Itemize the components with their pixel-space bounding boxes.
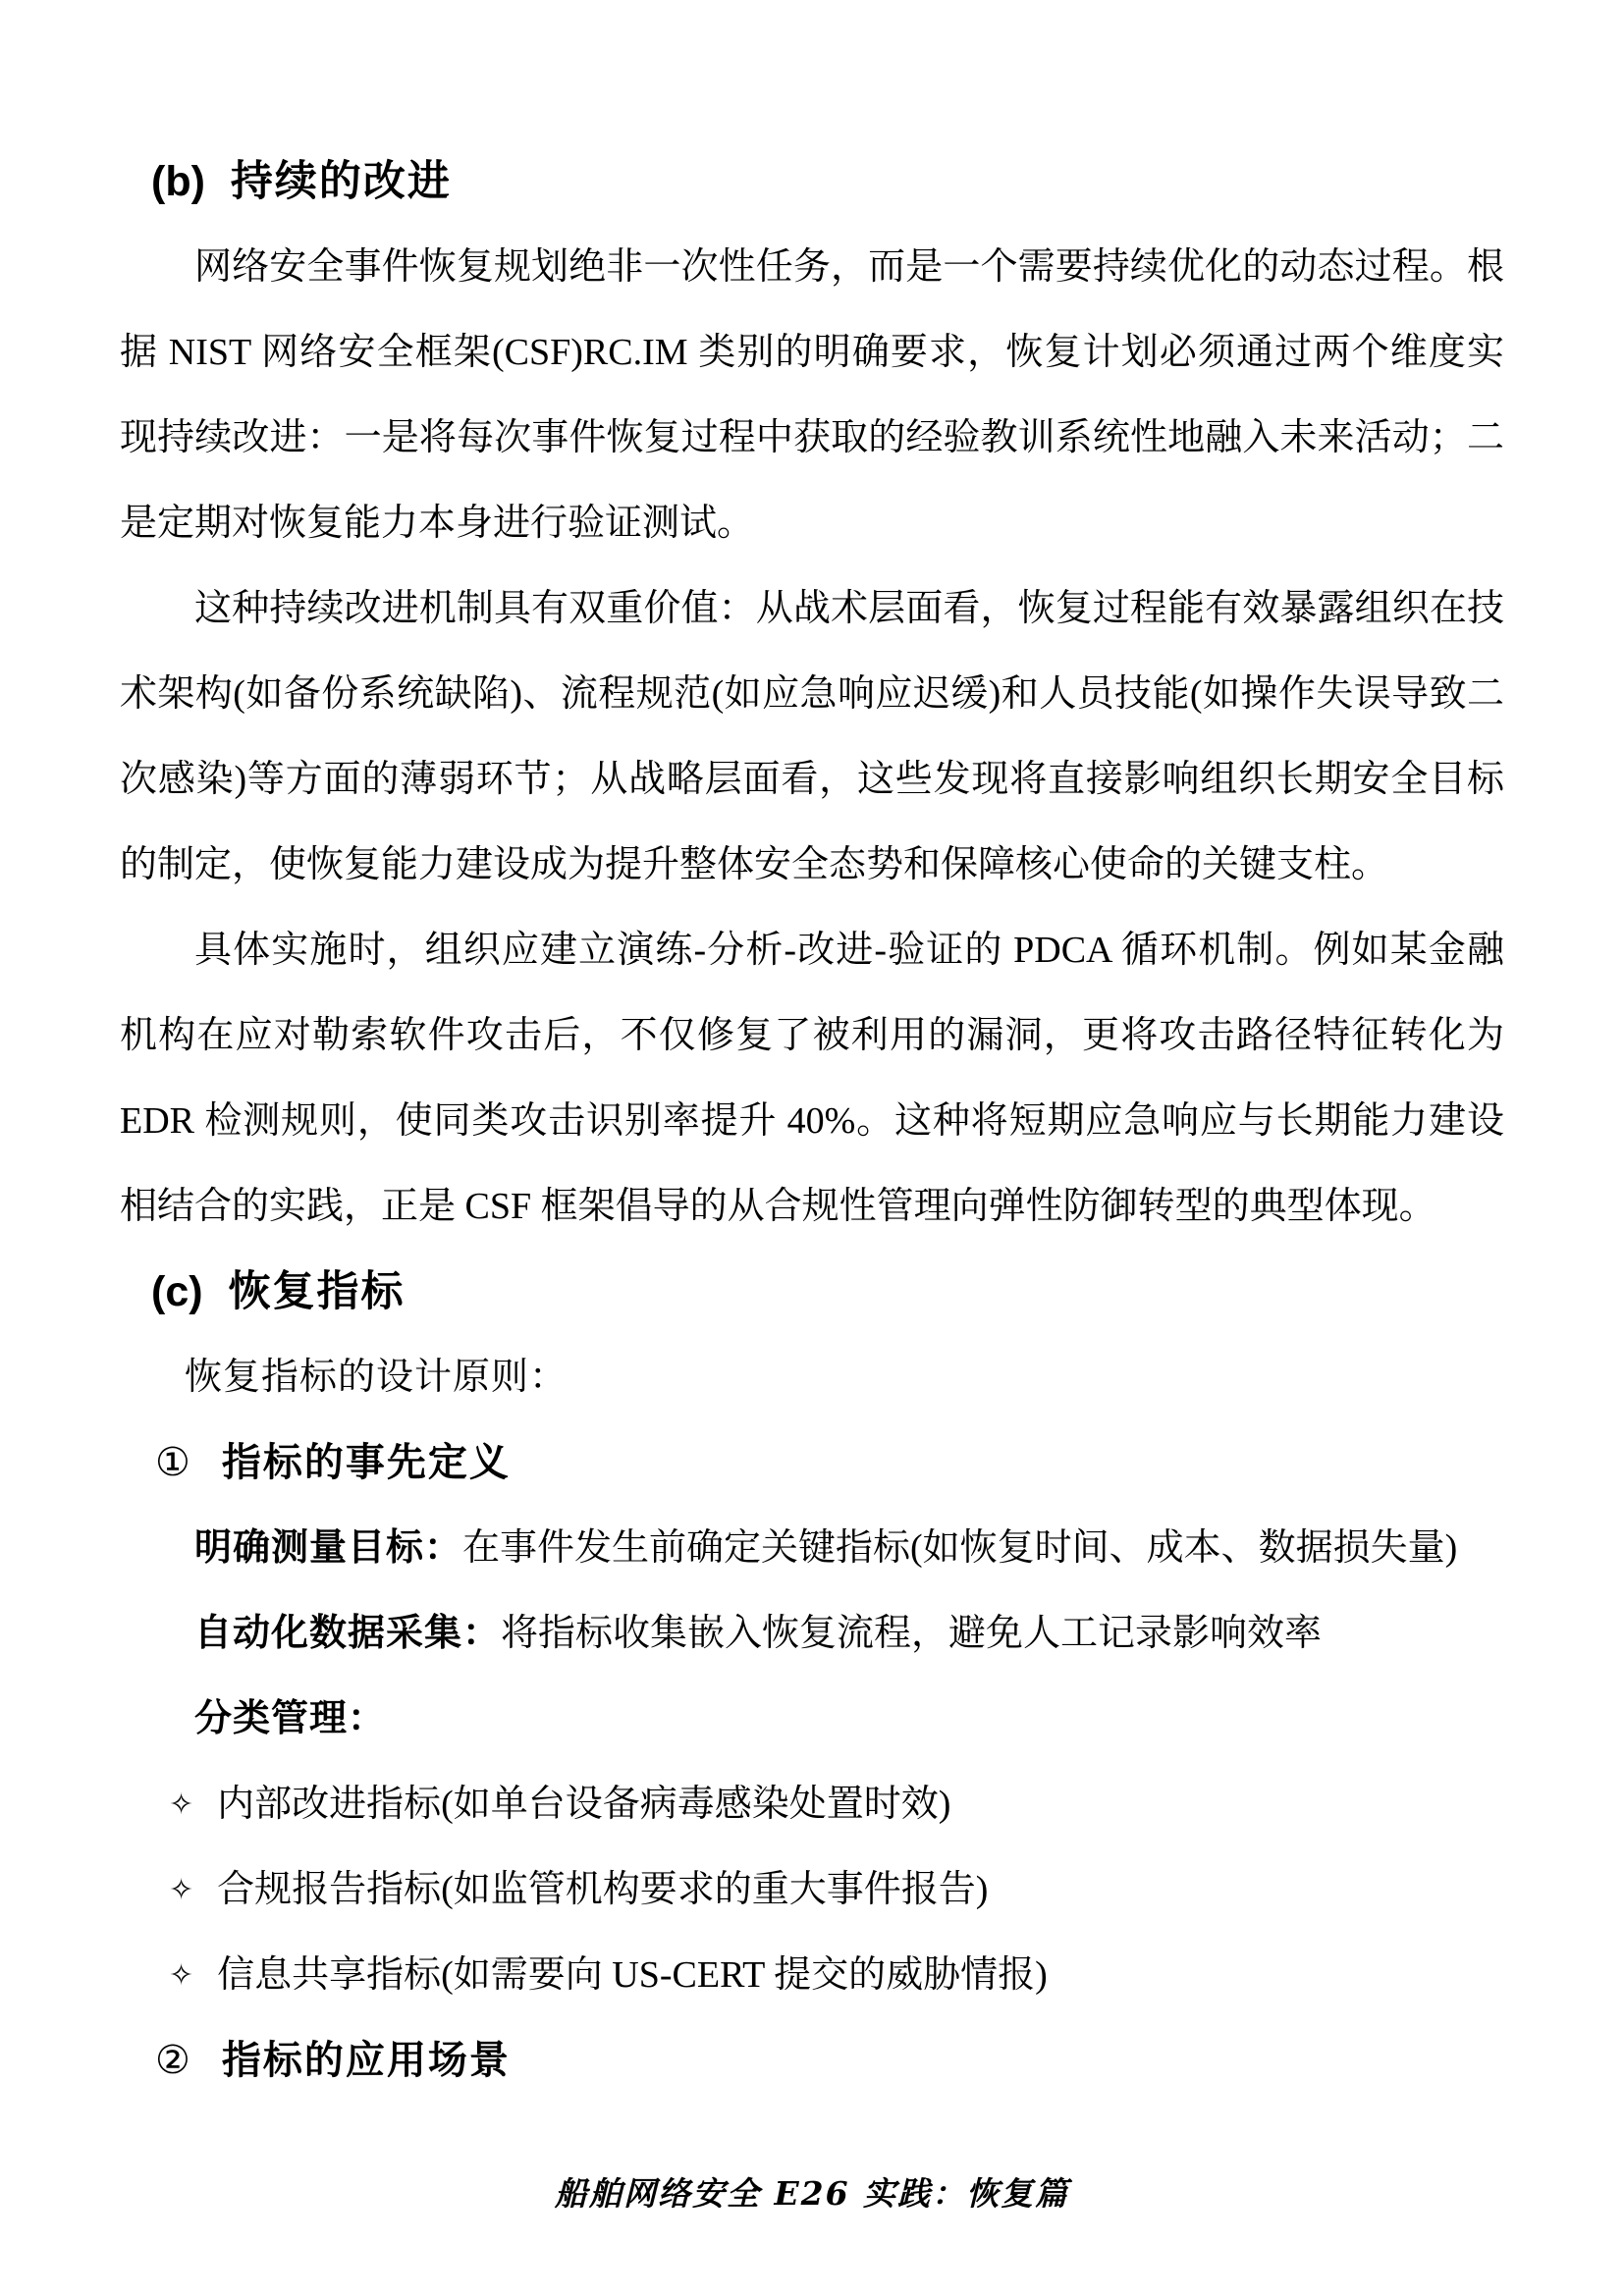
section-heading-b-number: (b) (151, 139, 205, 225)
section-heading-b: (b)持续的改进 (120, 139, 1504, 225)
principle-measurement-goal-label: 明确测量目标： (194, 1527, 462, 1569)
document-page: (b)持续的改进 网络安全事件恢复规划绝非一次性任务，而是一个需要持续优化的动态… (0, 0, 1624, 2296)
diamond-bullet-icon: ✧ (169, 1847, 193, 1933)
bullet-compliance-reporting: ✧合规报告指标(如监管机构要求的重大事件报告) (120, 1847, 1504, 1933)
section-heading-b-title: 持续的改进 (231, 158, 452, 205)
bullet-internal-improvement: ✧内部改进指标(如单台设备病毒感染处置时效) (120, 1762, 1504, 1847)
numbered-item-2-title: 指标的应用场景 (222, 2039, 511, 2082)
principle-automated-collection: 自动化数据采集：将指标收集嵌入恢复流程，避免人工记录影响效率 (120, 1591, 1504, 1677)
design-principles-intro: 恢复指标的设计原则： (120, 1335, 1504, 1420)
bullet-compliance-reporting-text: 合规报告指标(如监管机构要求的重大事件报告) (217, 1869, 988, 1910)
principle-category-management-label: 分类管理： (194, 1698, 386, 1739)
paragraph-continuous-improvement-2: 这种持续改进机制具有双重价值：从战术层面看，恢复过程能有效暴露组织在技术架构(如… (120, 566, 1504, 908)
section-heading-c-number: (c) (151, 1250, 203, 1335)
section-heading-c: (c)恢复指标 (120, 1250, 1504, 1335)
diamond-bullet-icon: ✧ (169, 1933, 193, 2018)
numbered-item-2: ②指标的应用场景 (120, 2018, 1504, 2104)
numbered-item-1-title: 指标的事先定义 (222, 1441, 511, 1484)
principle-automated-collection-text: 将指标收集嵌入恢复流程，避免人工记录影响效率 (501, 1613, 1322, 1654)
diamond-bullet-icon: ✧ (169, 1762, 193, 1847)
paragraph-continuous-improvement-3: 具体实施时，组织应建立演练-分析-改进-验证的 PDCA 循环机制。例如某金融机… (120, 908, 1504, 1250)
principle-measurement-goal-text: 在事件发生前确定关键指标(如恢复时间、成本、数据损失量) (462, 1527, 1457, 1569)
bullet-internal-improvement-text: 内部改进指标(如单台设备病毒感染处置时效) (217, 1784, 950, 1825)
principle-automated-collection-label: 自动化数据采集： (194, 1613, 501, 1654)
bullet-information-sharing-text: 信息共享指标(如需要向 US-CERT 提交的威胁情报) (217, 1954, 1048, 1996)
paragraph-continuous-improvement-1: 网络安全事件恢复规划绝非一次性任务，而是一个需要持续优化的动态过程。根据 NIS… (120, 225, 1504, 566)
section-heading-c-title: 恢复指标 (229, 1268, 406, 1315)
page-footer-title: 船舶网络安全 E26 实践：恢复篇 (0, 2171, 1624, 2216)
bullet-information-sharing: ✧信息共享指标(如需要向 US-CERT 提交的威胁情报) (120, 1933, 1504, 2018)
circled-number-2: ② (155, 2018, 190, 2104)
circled-number-1: ① (155, 1420, 190, 1506)
numbered-item-1: ①指标的事先定义 (120, 1420, 1504, 1506)
principle-measurement-goal: 明确测量目标：在事件发生前确定关键指标(如恢复时间、成本、数据损失量) (120, 1506, 1504, 1591)
principle-category-management: 分类管理： (120, 1677, 1504, 1762)
